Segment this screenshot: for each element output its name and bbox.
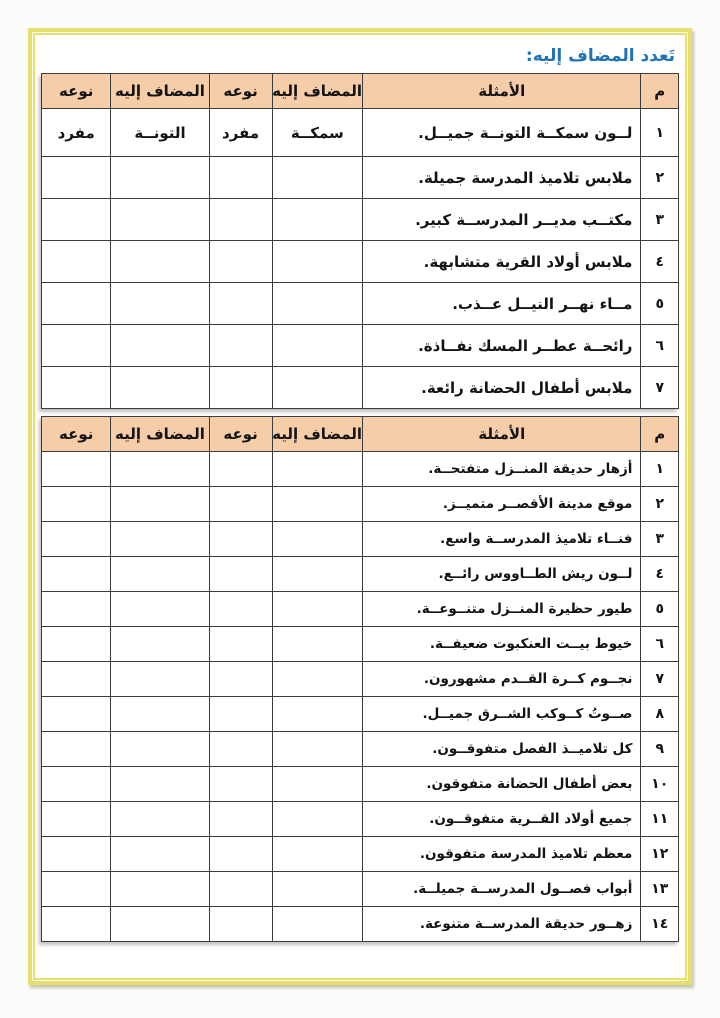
mudaf-ilayh-1-cell <box>272 907 362 942</box>
mudaf-ilayh-1-cell <box>272 592 362 627</box>
example-cell: لــون ريش الطــاووس رائــع. <box>363 557 641 592</box>
type-1-cell: مفرد <box>209 109 272 157</box>
type-1-cell <box>209 837 272 872</box>
mudaf-ilayh-2-cell <box>111 767 209 802</box>
type-2-cell <box>42 662 111 697</box>
type-2-cell <box>42 697 111 732</box>
type-2-cell <box>42 241 111 283</box>
row-number-cell: ١٤ <box>641 907 679 942</box>
table-row: ٧ملابس أطفال الحضانة رائعة. <box>42 367 679 409</box>
header-row: مالأمثلةالمضاف إليهنوعهالمضاف إليهنوعه <box>42 417 679 452</box>
table-row: ٧نجــوم كــرة القــدم مشهورون. <box>42 662 679 697</box>
header-cell-4: المضاف إليه <box>111 74 209 109</box>
table-row: ٣مكتــب مديــر المدرســة كبير. <box>42 199 679 241</box>
table-row: ١لــون سمكــة التونــة جميــل.سمكــةمفرد… <box>42 109 679 157</box>
type-2-cell <box>42 732 111 767</box>
mudaf-ilayh-2-cell <box>111 872 209 907</box>
mudaf-ilayh-1-cell <box>272 452 362 487</box>
mudaf-ilayh-1-cell <box>272 283 362 325</box>
row-number-cell: ٥ <box>641 592 679 627</box>
example-cell: رائحــة عطــر المسك نفــاذة. <box>363 325 641 367</box>
row-number-cell: ٩ <box>641 732 679 767</box>
table-row: ٢ملابس تلاميذ المدرسة جميلة. <box>42 157 679 199</box>
row-number-cell: ٥ <box>641 283 679 325</box>
type-2-cell: مفرد <box>42 109 111 157</box>
header-cell-3: نوعه <box>209 74 272 109</box>
example-cell: بعض أطفال الحضانة متفوقون. <box>363 767 641 802</box>
type-2-cell <box>42 157 111 199</box>
mudaf-ilayh-2-cell: التونــة <box>111 109 209 157</box>
example-cell: طيور حظيرة المنــزل متنــوعــة. <box>363 592 641 627</box>
type-1-cell <box>209 627 272 662</box>
header-cell-5: نوعه <box>42 417 111 452</box>
type-1-cell <box>209 872 272 907</box>
mudaf-ilayh-2-cell <box>111 732 209 767</box>
row-number-cell: ٨ <box>641 697 679 732</box>
row-number-cell: ١١ <box>641 802 679 837</box>
example-cell: نجــوم كــرة القــدم مشهورون. <box>363 662 641 697</box>
row-number-cell: ٣ <box>641 199 679 241</box>
example-cell: فنــاء تلاميذ المدرســة واسع. <box>363 522 641 557</box>
row-number-cell: ١٣ <box>641 872 679 907</box>
example-cell: كل تلاميــذ الفصل متفوقــون. <box>363 732 641 767</box>
mudaf-ilayh-2-cell <box>111 522 209 557</box>
type-1-cell <box>209 522 272 557</box>
mudaf-ilayh-1-cell <box>272 837 362 872</box>
example-cell: ملابس أطفال الحضانة رائعة. <box>363 367 641 409</box>
mudaf-ilayh-1-cell <box>272 557 362 592</box>
header-cell-1: الأمثلة <box>363 417 641 452</box>
mudaf-ilayh-1-cell <box>272 732 362 767</box>
row-number-cell: ٦ <box>641 325 679 367</box>
row-number-cell: ٢ <box>641 157 679 199</box>
mudaf-ilayh-2-cell <box>111 627 209 662</box>
mudaf-ilayh-1-cell <box>272 662 362 697</box>
table-row: ٩كل تلاميــذ الفصل متفوقــون. <box>42 732 679 767</box>
mudaf-ilayh-2-cell <box>111 907 209 942</box>
type-2-cell <box>42 367 111 409</box>
type-1-cell <box>209 592 272 627</box>
type-1-cell <box>209 662 272 697</box>
type-2-cell <box>42 592 111 627</box>
mudaf-ilayh-1-cell <box>272 157 362 199</box>
table-row: ١أزهار حديقة المنــزل متفتحــة. <box>42 452 679 487</box>
type-2-cell <box>42 522 111 557</box>
decorative-frame: تَعدد المضاف إليه: مالأمثلةالمضاف إليهنو… <box>28 28 692 985</box>
table-row: ١٢معظم تلاميذ المدرسة متفوقون. <box>42 837 679 872</box>
row-number-cell: ٧ <box>641 367 679 409</box>
mudaf-ilayh-1-cell <box>272 627 362 662</box>
example-cell: خيوط بيــت العنكبوت ضعيفــة. <box>363 627 641 662</box>
mudaf-ilayh-2-cell <box>111 367 209 409</box>
example-cell: مــاء نهــر النيــل عــذب. <box>363 283 641 325</box>
table-row: ٦خيوط بيــت العنكبوت ضعيفــة. <box>42 627 679 662</box>
type-2-cell <box>42 767 111 802</box>
mudaf-ilayh-1-cell <box>272 697 362 732</box>
type-2-cell <box>42 452 111 487</box>
type-1-cell <box>209 325 272 367</box>
type-1-cell <box>209 767 272 802</box>
mudaf-ilayh-2-cell <box>111 283 209 325</box>
example-cell: أزهار حديقة المنــزل متفتحــة. <box>363 452 641 487</box>
type-1-cell <box>209 452 272 487</box>
table-row: ٥طيور حظيرة المنــزل متنــوعــة. <box>42 592 679 627</box>
header-cell-0: م <box>641 417 679 452</box>
header-cell-2: المضاف إليه <box>272 74 362 109</box>
type-1-cell <box>209 907 272 942</box>
mudaf-ilayh-1-cell <box>272 241 362 283</box>
type-1-cell <box>209 557 272 592</box>
examples-table-2: مالأمثلةالمضاف إليهنوعهالمضاف إليهنوعه ١… <box>41 416 679 942</box>
example-cell: ملابس أولاد القرية متشابهة. <box>363 241 641 283</box>
header-cell-4: المضاف إليه <box>111 417 209 452</box>
row-number-cell: ٧ <box>641 662 679 697</box>
type-1-cell <box>209 697 272 732</box>
example-cell: مكتــب مديــر المدرســة كبير. <box>363 199 641 241</box>
mudaf-ilayh-2-cell <box>111 557 209 592</box>
mudaf-ilayh-2-cell <box>111 241 209 283</box>
type-1-cell <box>209 241 272 283</box>
type-2-cell <box>42 872 111 907</box>
mudaf-ilayh-1-cell <box>272 487 362 522</box>
row-number-cell: ٣ <box>641 522 679 557</box>
type-2-cell <box>42 199 111 241</box>
row-number-cell: ١٢ <box>641 837 679 872</box>
type-2-cell <box>42 837 111 872</box>
table-row: ٣فنــاء تلاميذ المدرســة واسع. <box>42 522 679 557</box>
example-cell: لــون سمكــة التونــة جميــل. <box>363 109 641 157</box>
header-cell-3: نوعه <box>209 417 272 452</box>
type-2-cell <box>42 802 111 837</box>
example-cell: جميع أولاد القــرية متفوقــون. <box>363 802 641 837</box>
mudaf-ilayh-1-cell <box>272 199 362 241</box>
type-2-cell <box>42 627 111 662</box>
type-1-cell <box>209 802 272 837</box>
type-2-cell <box>42 325 111 367</box>
mudaf-ilayh-2-cell <box>111 592 209 627</box>
table-row: ٢موقع مدينة الأقصــر متميــز. <box>42 487 679 522</box>
mudaf-ilayh-1-cell <box>272 767 362 802</box>
table-row: ١٤زهــور حديقة المدرســة متنوعة. <box>42 907 679 942</box>
type-2-cell <box>42 907 111 942</box>
row-number-cell: ١ <box>641 452 679 487</box>
mudaf-ilayh-2-cell <box>111 199 209 241</box>
type-1-cell <box>209 283 272 325</box>
mudaf-ilayh-2-cell <box>111 662 209 697</box>
header-cell-5: نوعه <box>42 74 111 109</box>
mudaf-ilayh-1-cell <box>272 522 362 557</box>
table-row: ٦رائحــة عطــر المسك نفــاذة. <box>42 325 679 367</box>
mudaf-ilayh-1-cell <box>272 802 362 837</box>
table-row: ١١جميع أولاد القــرية متفوقــون. <box>42 802 679 837</box>
type-2-cell <box>42 283 111 325</box>
type-1-cell <box>209 367 272 409</box>
table-row: ١٣أبواب فصــول المدرســة جميلــة. <box>42 872 679 907</box>
mudaf-ilayh-2-cell <box>111 697 209 732</box>
type-1-cell <box>209 157 272 199</box>
worksheet-content: تَعدد المضاف إليه: مالأمثلةالمضاف إليهنو… <box>32 32 688 942</box>
table-row: ٤ملابس أولاد القرية متشابهة. <box>42 241 679 283</box>
table-row: ٨صــوتُ كــوكب الشــرق جميــل. <box>42 697 679 732</box>
row-number-cell: ٢ <box>641 487 679 522</box>
header-cell-0: م <box>641 74 679 109</box>
row-number-cell: ٦ <box>641 627 679 662</box>
mudaf-ilayh-1-cell: سمكــة <box>272 109 362 157</box>
row-number-cell: ٤ <box>641 557 679 592</box>
type-2-cell <box>42 557 111 592</box>
type-1-cell <box>209 732 272 767</box>
table-row: ١٠بعض أطفال الحضانة متفوقون. <box>42 767 679 802</box>
mudaf-ilayh-2-cell <box>111 837 209 872</box>
row-number-cell: ١٠ <box>641 767 679 802</box>
table-row: ٤لــون ريش الطــاووس رائــع. <box>42 557 679 592</box>
examples-table-1: مالأمثلةالمضاف إليهنوعهالمضاف إليهنوعه ١… <box>41 73 679 409</box>
header-cell-1: الأمثلة <box>363 74 641 109</box>
example-cell: صــوتُ كــوكب الشــرق جميــل. <box>363 697 641 732</box>
example-cell: معظم تلاميذ المدرسة متفوقون. <box>363 837 641 872</box>
header-cell-2: المضاف إليه <box>272 417 362 452</box>
example-cell: زهــور حديقة المدرســة متنوعة. <box>363 907 641 942</box>
example-cell: ملابس تلاميذ المدرسة جميلة. <box>363 157 641 199</box>
type-1-cell <box>209 199 272 241</box>
table-row: ٥مــاء نهــر النيــل عــذب. <box>42 283 679 325</box>
mudaf-ilayh-2-cell <box>111 802 209 837</box>
row-number-cell: ١ <box>641 109 679 157</box>
row-number-cell: ٤ <box>641 241 679 283</box>
example-cell: أبواب فصــول المدرســة جميلــة. <box>363 872 641 907</box>
mudaf-ilayh-2-cell <box>111 487 209 522</box>
mudaf-ilayh-1-cell <box>272 367 362 409</box>
mudaf-ilayh-2-cell <box>111 452 209 487</box>
mudaf-ilayh-1-cell <box>272 872 362 907</box>
header-row: مالأمثلةالمضاف إليهنوعهالمضاف إليهنوعه <box>42 74 679 109</box>
page-title: تَعدد المضاف إليه: <box>41 46 679 73</box>
type-1-cell <box>209 487 272 522</box>
type-2-cell <box>42 487 111 522</box>
mudaf-ilayh-1-cell <box>272 325 362 367</box>
example-cell: موقع مدينة الأقصــر متميــز. <box>363 487 641 522</box>
mudaf-ilayh-2-cell <box>111 325 209 367</box>
mudaf-ilayh-2-cell <box>111 157 209 199</box>
